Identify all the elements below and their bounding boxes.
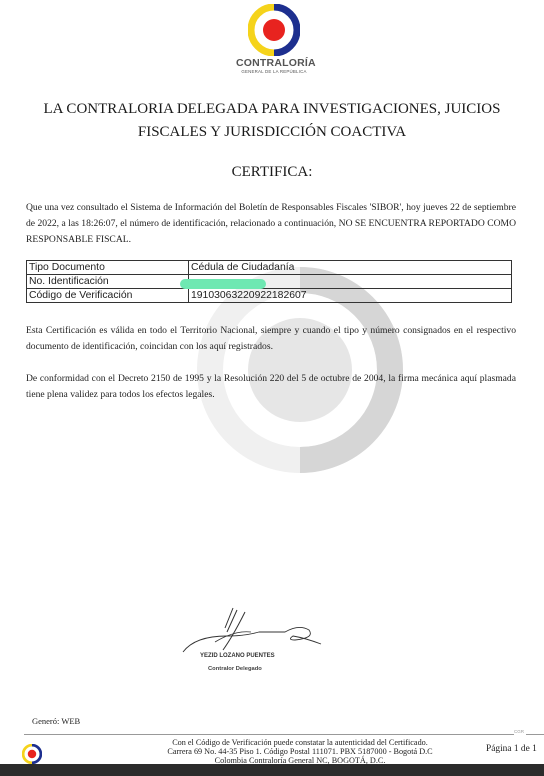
footer-divider bbox=[526, 734, 544, 735]
document-title: LA CONTRALORIA DELEGADA PARA INVESTIGACI… bbox=[20, 98, 524, 144]
redaction-mark bbox=[180, 279, 266, 289]
table-row: No. Identificación bbox=[27, 275, 512, 289]
footer-divider bbox=[24, 734, 514, 735]
cgr-mark: CGR bbox=[514, 729, 524, 734]
row-label: Tipo Documento bbox=[27, 261, 189, 275]
validity-statement: Esta Certificación es válida en todo el … bbox=[26, 323, 516, 355]
title-line-1: LA CONTRALORIA DELEGADA PARA INVESTIGACI… bbox=[20, 98, 524, 121]
row-value: Cédula de Ciudadanía bbox=[189, 261, 512, 275]
page-number: Página 1 de 1 bbox=[486, 744, 537, 754]
signer-role: Contralor Delegado bbox=[208, 666, 262, 672]
legal-statement: De conformidad con el Decreto 2150 de 19… bbox=[26, 371, 516, 403]
row-label: Código de Verificación bbox=[27, 289, 189, 303]
title-line-2: FISCALES Y JURISDICCIÓN COACTIVA bbox=[20, 121, 524, 144]
row-label: No. Identificación bbox=[27, 275, 189, 289]
certificate-page: CONTRALORÍA GENERAL DE LA REPÚBLICA LA C… bbox=[0, 0, 544, 764]
footer-line-2: Carrera 69 No. 44-35 Piso 1. Código Post… bbox=[140, 747, 460, 756]
table-row: Tipo Documento Cédula de Ciudadanía bbox=[27, 261, 512, 275]
identification-table: Tipo Documento Cédula de Ciudadanía No. … bbox=[26, 260, 512, 303]
signer-name: YEZID LOZANO PUENTES bbox=[200, 653, 275, 659]
contraloria-logo-icon bbox=[248, 4, 300, 56]
footer-logo-icon bbox=[22, 744, 42, 764]
logo-subtitle: GENERAL DE LA REPÚBLICA bbox=[236, 69, 312, 74]
row-value: 19103063220922182607 bbox=[189, 289, 512, 303]
viewer-bottom-bar bbox=[0, 764, 544, 776]
contraloria-logo: CONTRALORÍA GENERAL DE LA REPÚBLICA bbox=[236, 4, 312, 76]
footer-text: Con el Código de Verificación puede cons… bbox=[140, 738, 460, 765]
generated-by: Generó: WEB bbox=[32, 716, 80, 726]
certification-statement: Que una vez consultado el Sistema de Inf… bbox=[26, 200, 516, 248]
certifica-heading: CERTIFICA: bbox=[20, 164, 524, 181]
footer-line-1: Con el Código de Verificación puede cons… bbox=[140, 738, 460, 747]
signature-icon bbox=[175, 606, 335, 656]
table-row: Código de Verificación 19103063220922182… bbox=[27, 289, 512, 303]
logo-name: CONTRALORÍA bbox=[236, 57, 312, 69]
